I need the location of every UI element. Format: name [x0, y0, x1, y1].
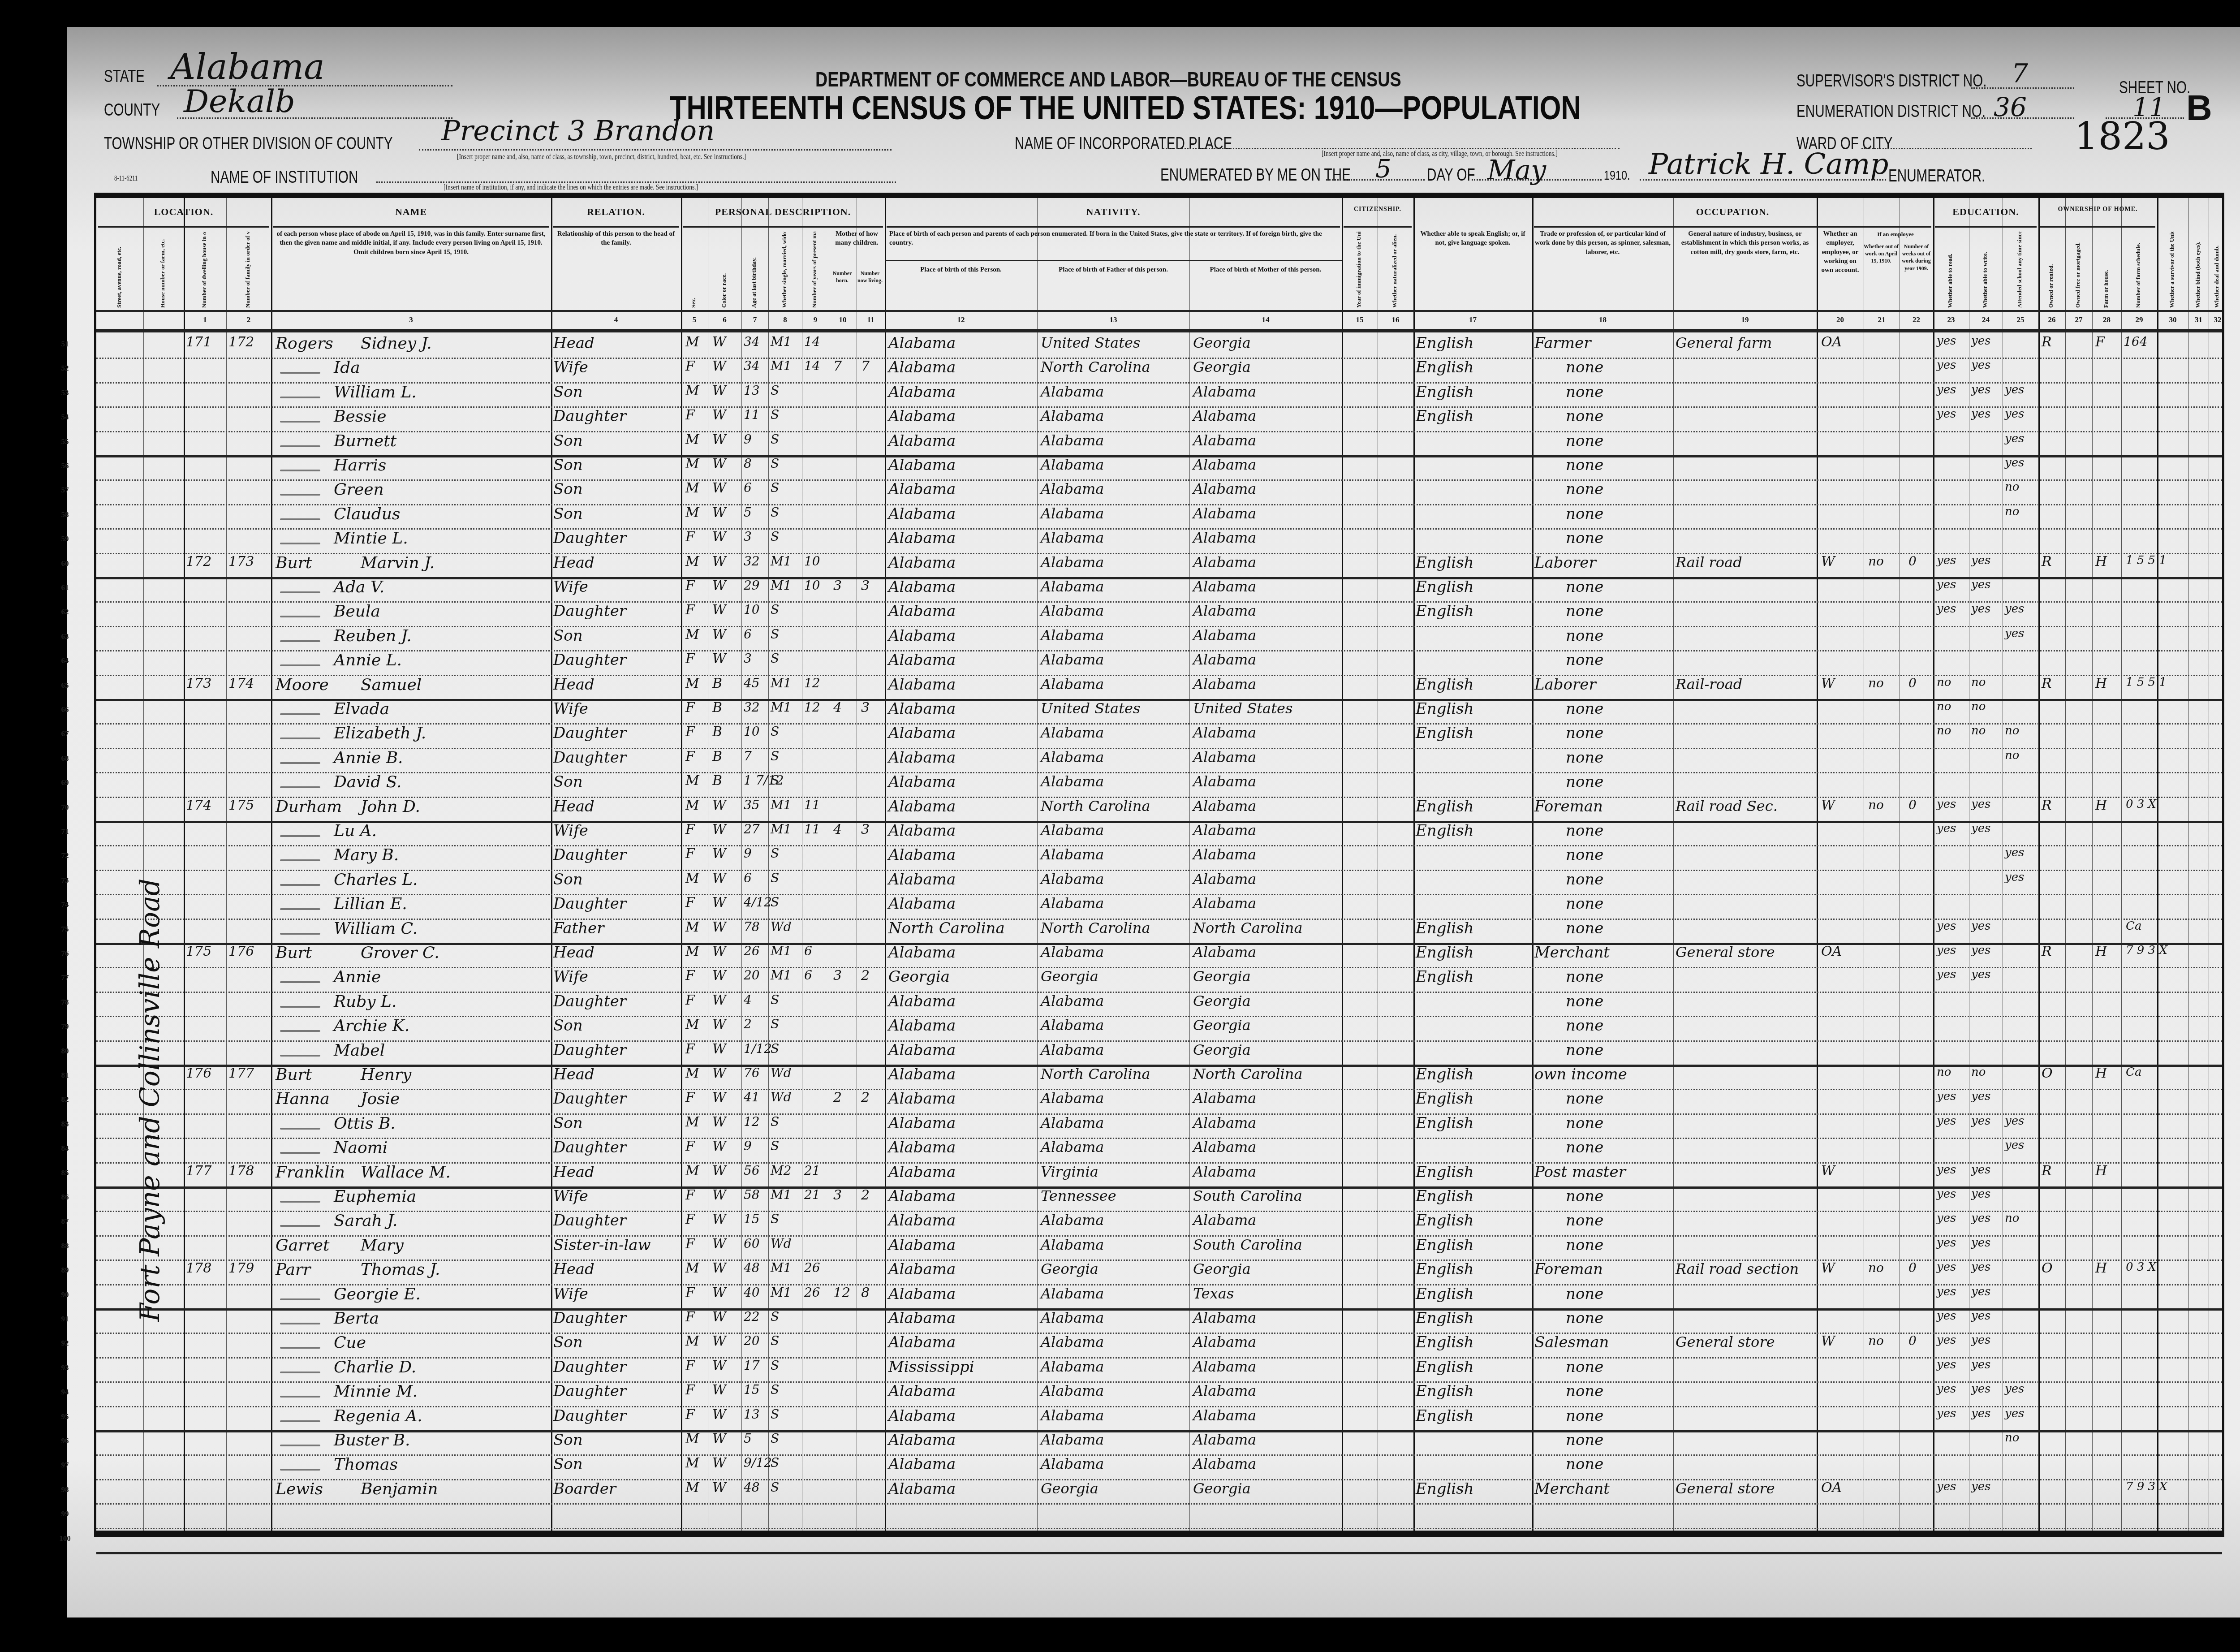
column-number: 22	[1900, 315, 1933, 324]
cell-trade: none	[1566, 992, 1603, 1010]
cell-write: yes	[1971, 334, 1990, 348]
cell-age: 9/12	[744, 1455, 772, 1470]
cell-mother-birth: Alabama	[1193, 432, 1256, 449]
cell-owned: R	[2042, 1163, 2052, 1179]
institution-label: Name of institution	[211, 168, 358, 187]
cell-mother-birth: Alabama	[1193, 407, 1256, 424]
cell-father-birth: Georgia	[1041, 1260, 1098, 1277]
cell-relation: Wife	[553, 1285, 588, 1303]
cell-mother-birth: North Carolina	[1193, 919, 1302, 936]
cell-dwelling: 175	[186, 944, 211, 959]
cell-relation: Wife	[553, 1187, 588, 1205]
cell-race: B	[712, 724, 722, 740]
table-row: 176177BurtHenryHeadMW76WdAlabamaNorth Ca…	[96, 1065, 2222, 1089]
cell-age: 48	[744, 1480, 760, 1495]
column-number: 5	[681, 315, 708, 324]
cell-father-birth: Alabama	[1041, 456, 1104, 473]
column-group-personal: PERSONAL DESCRIPTION.	[681, 206, 885, 218]
cell-father-birth: Alabama	[1041, 1455, 1104, 1472]
column-header-c10: Number born.	[829, 270, 856, 284]
cell-sex: F	[685, 1090, 695, 1105]
cell-read: yes	[1937, 1212, 1956, 1225]
cell-trade: Salesman	[1534, 1333, 1609, 1351]
cell-surname: Rogers	[276, 334, 333, 353]
cell-age: 9	[744, 1139, 752, 1153]
cell-given-name: Cue	[334, 1333, 366, 1352]
cell-family: 176	[228, 944, 254, 959]
cell-relation: Wife	[553, 700, 588, 718]
table-row: Sarah J.DaughterFW15SAlabamaAlabamaAlaba…	[96, 1211, 2222, 1235]
cell-birth: Alabama	[888, 1309, 956, 1327]
line-number: 80	[56, 1047, 74, 1056]
cell-birth: Alabama	[888, 798, 956, 815]
cell-relation: Daughter	[553, 602, 626, 620]
cell-race: W	[712, 944, 726, 959]
cell-school: yes	[2005, 627, 2024, 640]
cell-birth: Georgia	[888, 968, 950, 986]
cell-birth: Alabama	[888, 358, 956, 376]
cell-mother-birth: Alabama	[1193, 749, 1256, 766]
column-header-c_house: House number or farm, etc.	[159, 232, 166, 308]
cell-race: W	[712, 578, 726, 594]
cell-relation: Daughter	[553, 529, 626, 547]
ditto-mark	[280, 859, 320, 861]
cell-write: yes	[1971, 383, 1990, 397]
cell-race: W	[712, 1065, 726, 1081]
column-header-c2: Number of family in order of visitation.	[244, 232, 251, 308]
table-row: LewisBenjaminBoarderMW48SAlabamaGeorgiaG…	[96, 1479, 2222, 1503]
cell-age: 15	[744, 1382, 760, 1397]
cell-trade: Merchant	[1534, 1480, 1610, 1498]
cell-read: yes	[1937, 1187, 1956, 1201]
enumerator-label: Enumerator.	[1888, 167, 1985, 186]
cell-marital: M1	[771, 944, 791, 958]
column-header-c25: Attended school any time since Sept. 1, …	[2016, 232, 2023, 308]
ditto-mark	[280, 616, 320, 617]
cell-age: 12	[744, 1114, 760, 1129]
table-row: AnnieWifeFW20M1632GeorgiaGeorgiaGeorgiaE…	[96, 967, 2222, 991]
cell-mother-birth: Alabama	[1193, 944, 1256, 961]
cell-language: English	[1416, 1260, 1474, 1278]
cell-given-name: Charlie D.	[334, 1358, 416, 1376]
cell-marital: S	[771, 1455, 779, 1470]
township-note: [Insert proper name and, also, name of c…	[457, 152, 746, 161]
cell-sex: M	[685, 1163, 699, 1179]
ditto-mark	[280, 518, 320, 520]
group-divider	[887, 226, 1340, 228]
cell-living: 2	[861, 968, 870, 983]
ditto-mark	[280, 933, 320, 935]
cell-age: 35	[744, 798, 760, 812]
cell-mother-birth: Alabama	[1193, 846, 1256, 863]
cell-relation: Daughter	[553, 1382, 626, 1400]
cell-language: English	[1416, 1065, 1474, 1083]
line-number: 51	[56, 340, 74, 349]
cell-extra: 7 9 3 X	[2126, 1480, 2167, 1493]
column-header-c24: Whether able to write.	[1982, 232, 1989, 308]
line-number: 95	[56, 1412, 74, 1421]
cell-out-of-work: no	[1868, 798, 1884, 812]
cell-extra: Ca	[2126, 919, 2141, 933]
cell-marital: M1	[771, 578, 791, 593]
cell-marital: S	[771, 1431, 779, 1446]
line-number: 82	[56, 1095, 74, 1104]
cell-surname: Moore	[276, 676, 329, 694]
cell-farm-house: H	[2095, 1065, 2107, 1081]
cell-write: no	[1971, 1065, 1986, 1079]
nativity-divider	[885, 260, 1342, 261]
cell-relation: Son	[553, 1333, 583, 1351]
cell-industry: Rail road section	[1676, 1260, 1799, 1277]
cell-write: yes	[1971, 407, 1990, 421]
cell-read: yes	[1937, 334, 1956, 348]
incorporated-label: Name of incorporated place	[1015, 134, 1232, 154]
ditto-mark	[280, 1396, 320, 1398]
line-number: 88	[56, 1242, 74, 1251]
cell-trade: none	[1566, 1187, 1603, 1205]
cell-sex: M	[685, 432, 699, 448]
cell-industry: Rail road Sec.	[1676, 798, 1778, 815]
column-number: 9	[802, 315, 829, 324]
cell-mother-birth: Alabama	[1193, 651, 1256, 668]
cell-race: W	[712, 1114, 726, 1130]
form-number: 8-11-6211	[114, 175, 138, 183]
cell-age: 5	[744, 505, 752, 520]
cell-sex: M	[685, 676, 699, 691]
column-number: 15	[1342, 315, 1378, 324]
cell-owned: R	[2042, 334, 2052, 350]
cell-language: English	[1416, 822, 1474, 840]
cell-marital: S	[771, 1212, 779, 1226]
cell-relation: Head	[553, 798, 594, 815]
cell-mother-birth: Alabama	[1193, 383, 1256, 400]
cell-mother-birth: Alabama	[1193, 798, 1256, 815]
cell-birth: Alabama	[888, 944, 956, 962]
cell-write: yes	[1971, 1407, 1990, 1420]
line-number: 96	[56, 1436, 74, 1445]
column-header-c14: Place of birth of Mother of this person.	[1192, 265, 1340, 274]
column-header-c3: of each person whose place of abode on A…	[273, 229, 549, 257]
column-header-c13: Place of birth of Father of this person.	[1039, 265, 1187, 274]
cell-birth: Alabama	[888, 1212, 956, 1229]
cell-father-birth: Alabama	[1041, 1114, 1104, 1131]
cell-trade: none	[1566, 578, 1603, 596]
column-number: 30	[2157, 315, 2188, 324]
cell-owned: O	[2042, 1065, 2053, 1081]
cell-farm-house: H	[2095, 676, 2107, 691]
column-number: 12	[885, 315, 1037, 324]
table-row: ClaudusSonMW5SAlabamaAlabamaAlabamanonen…	[96, 504, 2222, 528]
column-group-occupation: OCCUPATION.	[1532, 206, 1933, 218]
cell-trade: none	[1566, 968, 1603, 986]
table-row: Annie L.DaughterFW3SAlabamaAlabamaAlabam…	[96, 650, 2222, 674]
cell-father-birth: Alabama	[1041, 895, 1104, 912]
column-number: 21	[1864, 315, 1900, 324]
cell-out-of-work: no	[1868, 1333, 1884, 1348]
cell-marital: S	[771, 749, 779, 763]
table-row: William C.FatherMW78WdNorth CarolinaNort…	[96, 919, 2222, 943]
cell-age: 48	[744, 1260, 760, 1275]
column-header-c30: Whether a survivor of the Union or Confe…	[2168, 232, 2175, 308]
column-header-c21: Whether out of work on April 15, 1910.	[1864, 243, 1899, 265]
cell-extra: Ca	[2126, 1065, 2141, 1079]
table-row: Charles L.SonMW6SAlabamaAlabamaAlabamano…	[96, 870, 2222, 894]
cell-father-birth: Alabama	[1041, 724, 1104, 741]
cell-race: W	[712, 1260, 726, 1276]
table-row: Minnie M.DaughterFW15SAlabamaAlabamaAlab…	[96, 1381, 2222, 1406]
ditto-mark	[280, 1006, 320, 1008]
cell-birth: Alabama	[888, 1114, 956, 1132]
cell-birth: Alabama	[888, 1480, 956, 1498]
enumeration-label: Enumeration District No.	[1796, 102, 1986, 121]
cell-sex: M	[685, 1455, 699, 1471]
cell-marital: M1	[771, 700, 791, 715]
ditto-mark	[280, 640, 320, 642]
cell-marital: M1	[771, 1187, 791, 1202]
line-number: 90	[56, 1290, 74, 1299]
cell-marital: S	[771, 383, 779, 398]
column-header-c6: Color or race.	[720, 232, 728, 308]
cell-birth: Alabama	[888, 895, 956, 913]
cell-years-married: 21	[804, 1187, 820, 1202]
line-number: 87	[56, 1217, 74, 1226]
column-number: 18	[1532, 315, 1673, 324]
line-number: 72	[56, 851, 74, 860]
cell-years-married: 26	[804, 1260, 820, 1275]
cell-read: yes	[1937, 968, 1956, 981]
cell-years-married: 10	[804, 578, 820, 593]
cell-mother-birth: United States	[1193, 700, 1292, 717]
cell-dwelling: 176	[186, 1065, 211, 1081]
cell-birth: Alabama	[888, 602, 956, 620]
cell-school: yes	[2005, 1139, 2024, 1152]
cell-write: yes	[1971, 1090, 1990, 1103]
cell-trade: none	[1566, 773, 1603, 791]
cell-write: yes	[1971, 1114, 1990, 1128]
cell-living: 8	[861, 1285, 870, 1301]
county-value: Dekalb	[184, 83, 295, 120]
cell-marital: M1	[771, 798, 791, 812]
cell-mother-birth: Georgia	[1193, 968, 1251, 985]
line-number: 65	[56, 681, 74, 690]
column-header-c15: Year of immigration to the United States…	[1355, 232, 1362, 308]
cell-age: 6	[744, 480, 752, 495]
cell-mother-birth: Alabama	[1193, 578, 1256, 595]
ditto-mark	[280, 664, 320, 666]
ditto-mark	[280, 1420, 320, 1422]
cell-sex: F	[685, 895, 695, 910]
cell-age: 3	[744, 651, 752, 666]
cell-read: yes	[1937, 1285, 1956, 1298]
cell-weeks: 0	[1908, 1333, 1917, 1348]
cell-surname: Hanna	[276, 1090, 330, 1108]
cell-trade: none	[1566, 432, 1603, 450]
cell-sex: F	[685, 1309, 695, 1325]
cell-mother-birth: Alabama	[1193, 1139, 1256, 1156]
cell-race: W	[712, 992, 726, 1008]
line-number: 57	[56, 486, 74, 495]
cell-race: B	[712, 773, 722, 789]
ditto-mark	[280, 1445, 320, 1446]
cell-language: English	[1416, 1382, 1474, 1400]
column-header-if-employee: If an employee—	[1864, 230, 1933, 238]
cell-given-name: Claudus	[334, 505, 400, 523]
cell-read: yes	[1937, 1163, 1956, 1177]
cell-relation: Father	[553, 919, 604, 937]
cell-mother-birth: Georgia	[1193, 334, 1251, 351]
cell-relation: Head	[553, 1260, 594, 1278]
cell-sex: M	[685, 1017, 699, 1032]
cell-father-birth: Alabama	[1041, 1407, 1104, 1424]
cell-trade: none	[1566, 1455, 1603, 1473]
line-number: 61	[56, 583, 74, 592]
cell-age: 20	[744, 1333, 760, 1348]
column-number: 10	[829, 315, 857, 324]
cell-read: no	[1937, 724, 1951, 738]
cell-trade: none	[1566, 383, 1603, 401]
cell-school: yes	[2005, 432, 2024, 445]
column-number: 7	[741, 315, 768, 324]
cell-write: yes	[1971, 1260, 1990, 1274]
table-row: BertaDaughterFW22SAlabamaAlabamaAlabamaE…	[96, 1308, 2222, 1333]
table-row: Annie B.DaughterFB7SAlabamaAlabamaAlabam…	[96, 748, 2222, 772]
ditto-mark	[280, 543, 320, 544]
cell-years-married: 11	[804, 822, 820, 837]
cell-sex: M	[685, 554, 699, 569]
ditto-mark	[280, 738, 320, 739]
cell-extra: 0 3 X	[2126, 798, 2156, 811]
cell-read: no	[1937, 700, 1951, 713]
cell-extra: 1 5 5 1	[2126, 554, 2167, 567]
cell-extra: 7 9 3 X	[2126, 944, 2167, 957]
column-group-name: NAME	[271, 206, 551, 218]
cell-race: W	[712, 432, 726, 448]
table-row: Lu A.WifeFW27M11143AlabamaAlabamaAlabama…	[96, 821, 2222, 845]
state-label: State	[104, 67, 145, 86]
cell-age: 41	[744, 1090, 760, 1104]
cell-trade: none	[1566, 1358, 1603, 1376]
cell-age: 3	[744, 529, 752, 544]
cell-race: W	[712, 919, 726, 935]
line-number: 56	[56, 462, 74, 470]
line-number: 93	[56, 1363, 74, 1372]
cell-relation: Son	[553, 1431, 583, 1449]
cell-trade: none	[1566, 602, 1603, 620]
cell-marital: Wd	[771, 919, 792, 934]
cell-given-name: Grover C.	[361, 944, 439, 962]
line-number: 92	[56, 1339, 74, 1348]
cell-relation: Son	[553, 505, 583, 523]
cell-father-birth: Alabama	[1041, 602, 1104, 619]
line-number: 64	[56, 656, 74, 665]
cell-relation: Son	[553, 383, 583, 401]
township-label: Township or other division of county	[104, 134, 392, 154]
cell-sex: F	[685, 1236, 695, 1252]
cell-race: W	[712, 383, 726, 399]
cell-father-birth: Alabama	[1041, 749, 1104, 766]
cell-given-name: Mary B.	[334, 846, 399, 864]
cell-relation: Son	[553, 871, 583, 889]
cell-given-name: Thomas	[334, 1455, 398, 1474]
cell-read: yes	[1937, 383, 1956, 397]
cell-age: 58	[744, 1187, 760, 1202]
cell-race: W	[712, 529, 726, 545]
cell-relation: Son	[553, 773, 583, 791]
cell-given-name: Ada V.	[334, 578, 384, 596]
ditto-mark	[280, 1152, 320, 1154]
cell-language: English	[1416, 578, 1474, 596]
cell-sex: F	[685, 1382, 695, 1398]
cell-trade: none	[1566, 627, 1603, 645]
cell-farm-house: H	[2095, 1163, 2107, 1179]
column-header-c1: Number of dwelling house in order of vis…	[201, 232, 208, 308]
cell-language: English	[1416, 1212, 1474, 1229]
cell-father-birth: Alabama	[1041, 1236, 1104, 1253]
cell-read: yes	[1937, 798, 1956, 811]
column-group-ownership: OWNERSHIP OF HOME.	[2038, 206, 2157, 213]
cell-birth: Alabama	[888, 1431, 956, 1449]
cell-given-name: Lillian E.	[334, 895, 407, 913]
cell-language: English	[1416, 700, 1474, 718]
cell-family: 178	[228, 1163, 254, 1179]
cell-trade: none	[1566, 456, 1603, 474]
cell-language: English	[1416, 1285, 1474, 1303]
cell-mother-birth: Alabama	[1193, 724, 1256, 741]
cell-school: yes	[2005, 1382, 2024, 1396]
cell-language: English	[1416, 334, 1474, 352]
cell-marital: S	[771, 1480, 779, 1495]
ditto-mark	[280, 1347, 320, 1349]
cell-sex: F	[685, 651, 695, 667]
cell-birth: Alabama	[888, 846, 956, 864]
cell-mother-birth: Alabama	[1193, 1333, 1256, 1350]
column-number: 14	[1189, 315, 1342, 324]
cell-write: yes	[1971, 968, 1990, 981]
cell-extra: 1 5 5 1	[2126, 676, 2167, 689]
table-row: 175176BurtGrover C.HeadMW26M16AlabamaAla…	[96, 943, 2222, 967]
cell-language: English	[1416, 944, 1474, 962]
supervisor-district: 7	[2012, 58, 2028, 89]
ditto-mark	[280, 470, 320, 471]
cell-extra: 0 3 X	[2126, 1260, 2156, 1274]
cell-given-name: Regenia A.	[334, 1407, 422, 1425]
cell-marital: S	[771, 627, 779, 642]
column-header-c_street: Street, avenue, road, etc.	[116, 232, 123, 308]
cell-race: W	[712, 505, 726, 521]
cell-mother-birth: Alabama	[1193, 627, 1256, 644]
cell-age: 6	[744, 871, 752, 885]
cell-sex: F	[685, 407, 695, 423]
table-row: 173174MooreSamuelHeadMB45M112AlabamaAlab…	[96, 675, 2222, 699]
line-number: 98	[56, 1485, 74, 1494]
cell-age: 34	[744, 358, 760, 373]
line-number: 70	[56, 803, 74, 812]
cell-living: 2	[861, 1187, 870, 1203]
line-number: 89	[56, 1266, 74, 1275]
cell-relation: Daughter	[553, 724, 626, 742]
cell-marital: M2	[771, 1163, 791, 1178]
cell-school: yes	[2005, 602, 2024, 616]
cell-dwelling: 174	[186, 798, 211, 813]
cell-age: 26	[744, 944, 760, 958]
column-number: 27	[2065, 315, 2092, 324]
line-number: 77	[56, 973, 74, 982]
cell-write: yes	[1971, 1236, 1990, 1250]
cell-father-birth: Alabama	[1041, 1309, 1104, 1326]
cell-given-name: Mintie L.	[334, 529, 408, 548]
group-divider	[98, 226, 269, 228]
cell-father-birth: Alabama	[1041, 480, 1104, 497]
